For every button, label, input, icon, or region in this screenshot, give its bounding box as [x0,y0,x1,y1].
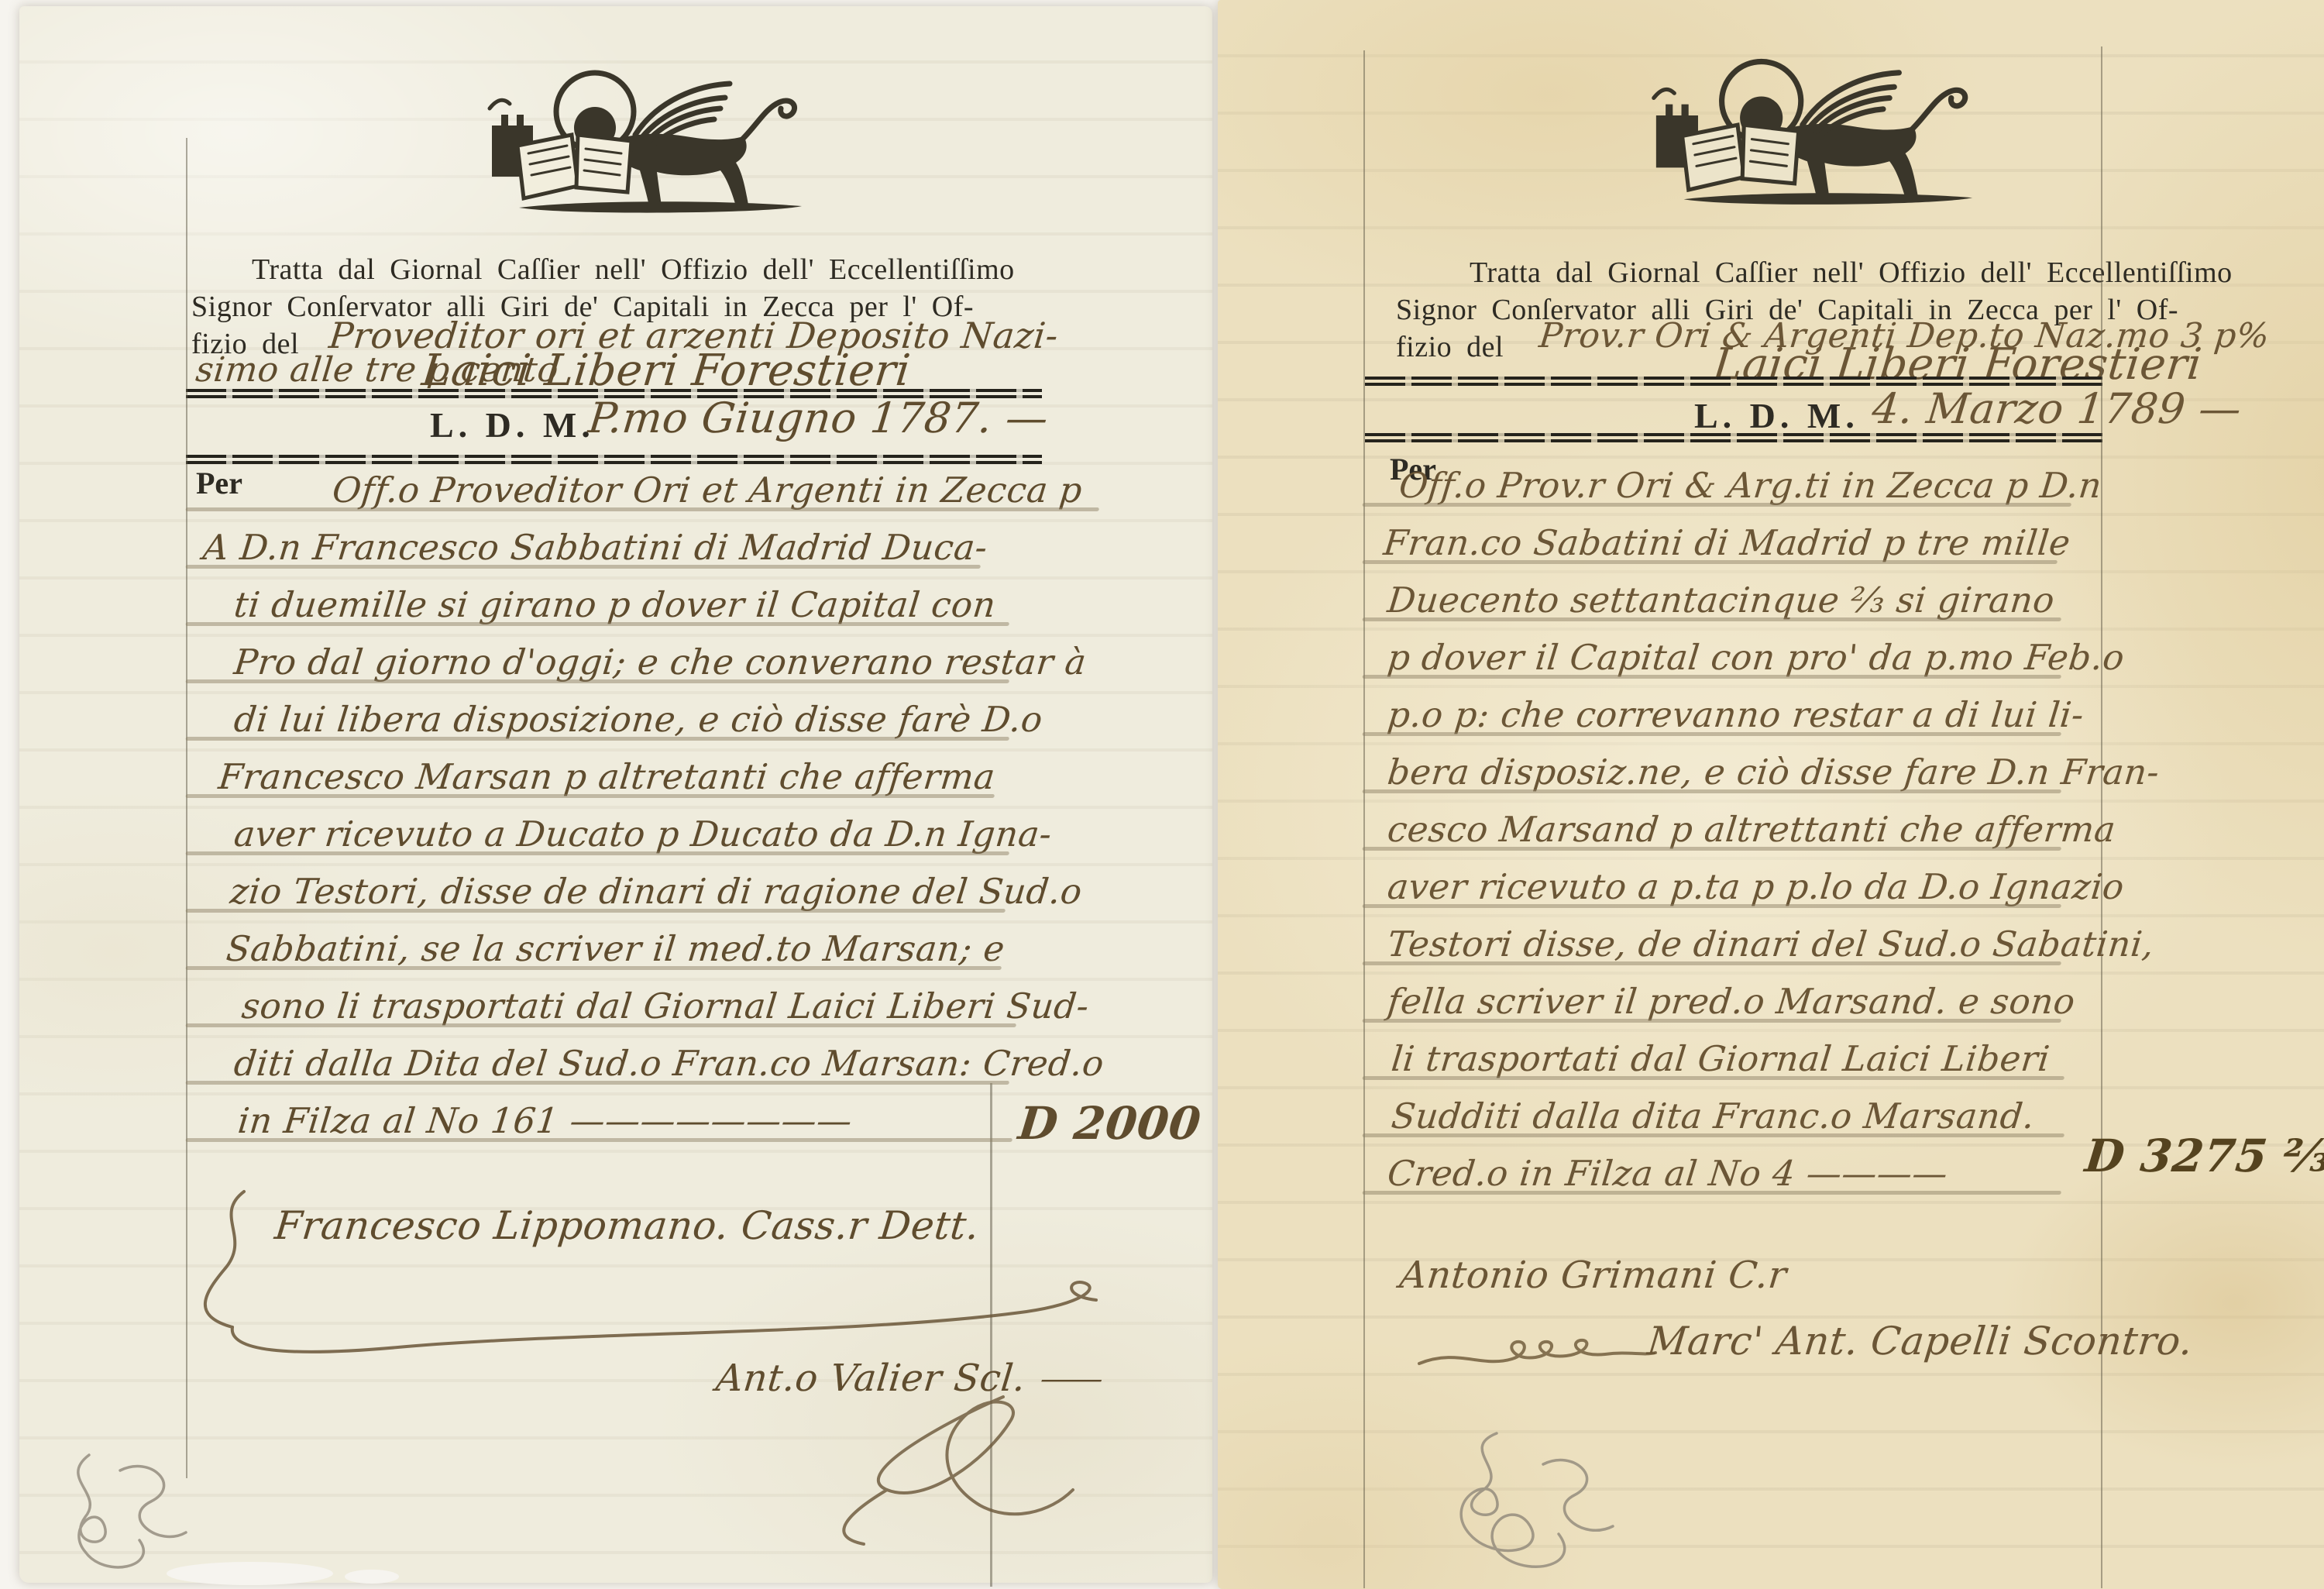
body-line: Off.o Proveditor Ori et Argenti in Zecca… [185,457,1184,513]
body-line: li trasportati dal Giornal Laici Liberi [1362,1026,2131,1082]
body-line: bera disposiz.ne, e ciò disse fare D.n F… [1362,739,2127,795]
torn-edge [167,1562,333,1585]
body-line: Pro dal giorno d'oggi; e che converano r… [185,629,1086,685]
receipt-1789-sheet: Tratta dal Giornal Caſſier nell' Offizio… [1218,0,2324,1589]
scontro-signature: Marc' Ant. Capelli Scontro. [1645,1319,2195,1364]
pencil-scribble [1427,1418,1652,1588]
body-line: di lui libera disposizione, e ciò disse … [185,686,1086,742]
body-line: sono li trasportati dal Giornal Laici Li… [185,973,1094,1029]
scanned-documents-page: { "colors": { "paper_left": "#efecdd", "… [0,0,2324,1589]
body-line: fella scriver il pred.o Marsand. e sono [1362,968,2127,1024]
body-line: Sudditi dalla dita Franc.o Marsand. [1362,1083,2131,1139]
date-handwritten: 4. Marzo 1789 — [1870,384,2244,433]
body-line: Sabbatini, se la scriver il med.to Marsa… [185,916,1078,972]
body-line: Francesco Marsan p altretanti che afferm… [185,744,1071,800]
date-handwritten: P.mo Giugno 1787. — [586,394,1051,442]
amount-value: D 2000 [1016,1097,1203,1150]
body-line: zio Testori, disse de dinari di ragione … [185,858,1082,914]
cashier-signature: Francesco Lippomano. Cass.r Dett. [273,1203,982,1248]
body-line: ti duemille si girano p dover il Capital… [185,572,1086,628]
body-line: Fran.co Sabatini di Madrid p tre mille [1362,510,2123,566]
receipt-1787-sheet: Tratta dal Giornal Caſſier nell' Offizio… [19,6,1212,1583]
signature-paraph [755,1389,1088,1560]
body-line: Off.o Prov.r Ori & Arg.ti in Zecca p D.n [1362,452,2139,508]
body-line: aver ricevuto a Ducato p Ducato da D.n I… [185,801,1086,857]
ldm-label: L. D. M. [430,404,595,445]
body-line: p.o p: che correvanno restar a di lui li… [1362,682,2127,738]
body-line: aver ricevuto a p.ta p p.lo da D.o Ignaz… [1362,854,2127,910]
printed-header-line1: Tratta dal Giornal Caſſier nell' Offizio… [1470,256,2233,290]
torn-edge [345,1570,399,1584]
body-line: cesco Marsand p altrettanti che afferma [1362,796,2127,852]
body-line: p dover il Capital con pro' da p.mo Feb.… [1362,624,2127,680]
ldm-label: L. D. M. [1694,395,1859,436]
printed-header-line3: fizio del [1396,330,1504,364]
body-line: Cred.o in Filza al No 4 ———— [1362,1140,2127,1196]
lion-of-st-mark-emblem [473,54,813,236]
body-line: diti dalla Dita del Sud.o Fran.co Marsan… [185,1030,1086,1086]
body-line: in Filza al No 161 ———————— [185,1088,1090,1144]
body-line: A D.n Francesco Sabbatini di Madrid Duca… [185,514,1055,570]
printed-double-rule [1365,433,2102,442]
pencil-scribble [43,1439,244,1583]
body-line: Testori disse, de dinari del Sud.o Sabat… [1362,911,2127,967]
body-line: Duecento settantacinque ⅔ si girano [1362,567,2127,623]
cashier-signature: Antonio Grimani C.r [1397,1254,1789,1297]
lion-of-st-mark-emblem [1636,43,1985,229]
printed-header-line1: Tratta dal Giornal Caſſier nell' Offizio… [252,253,1015,287]
amount-value: D 3275 ⅔ [2082,1130,2324,1182]
signature-flourish [1411,1317,1659,1387]
